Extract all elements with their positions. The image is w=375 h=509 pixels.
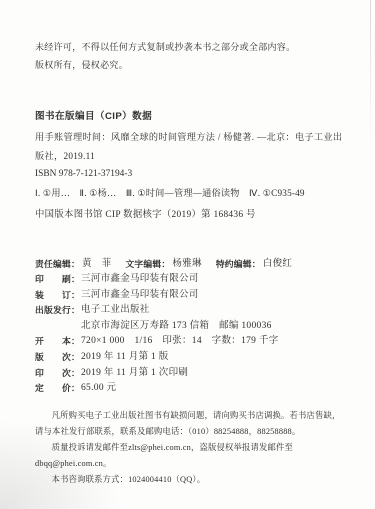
imprint-row-printer: 印 刷： 三河市鑫金马印装有限公司 xyxy=(35,272,347,288)
imprint-row-publisher: 出版发行： 电子工业出版社 xyxy=(35,303,347,319)
responsible-editor-label: 责任编辑： xyxy=(35,257,82,273)
publisher-value: 电子工业出版社 xyxy=(81,303,150,319)
permission-notice-line2: 版权所有，侵权必究。 xyxy=(35,56,347,74)
cip-title-entry: 用手账管理时间：风靡全球的时间管理方法 / 杨健著. —北京：电子工业出版社，2… xyxy=(35,128,347,165)
imprint-row-address: 北京市海淀区万寿路 173 信箱 邮编 100036 xyxy=(35,319,347,335)
permission-notice-line1: 未经许可，不得以任何方式复制或抄袭本书之部分或全部内容。 xyxy=(35,38,347,56)
price-label: 定 价： xyxy=(35,381,81,397)
imprint-row-price: 定 价： 65.00 元 xyxy=(35,381,347,397)
cip-classification: Ⅰ. ①用… Ⅱ. ①杨… Ⅲ. ①时间—管理—通俗读物 Ⅳ. ①C935-49 xyxy=(35,184,347,203)
price-value: 65.00 元 xyxy=(81,381,116,397)
editors-row: 责任编辑： 黄 菲 文字编辑： 杨雅琳 特约编辑： 白俊红 xyxy=(35,257,347,273)
address-label-spacer xyxy=(35,319,81,335)
edition-value: 2019 年 11 月第 1 版 xyxy=(81,350,169,366)
format-value: 720×1 000 1/16 印张：14 字数：179 千字 xyxy=(81,334,279,350)
cip-heading: 图书在版编目（CIP）数据 xyxy=(35,108,347,126)
printing-label: 印 次： xyxy=(35,366,81,382)
copyright-page: 未经许可，不得以任何方式复制或抄袭本书之部分或全部内容。 版权所有，侵权必究。 … xyxy=(0,0,375,509)
editor-pair-special: 特约编辑： 白俊红 xyxy=(216,257,292,273)
imprint-row-edition: 版 次： 2019 年 11 月第 1 版 xyxy=(35,350,347,366)
printer-value: 三河市鑫金马印装有限公司 xyxy=(81,272,199,288)
isbn-number: ISBN 978-7-121-37194-3 xyxy=(35,165,347,184)
text-editor-label: 文字编辑： xyxy=(125,257,172,273)
purchase-notes: 凡所购买电子工业出版社图书有缺损问题，请向购买书店调换。若书店售缺，请与本社发行… xyxy=(35,408,347,488)
note-exchange: 凡所购买电子工业出版社图书有缺损问题，请向购买书店调换。若书店售缺，请与本社发行… xyxy=(35,408,347,440)
imprint-row-binder: 装 订： 三河市鑫金马印装有限公司 xyxy=(35,288,347,304)
binder-value: 三河市鑫金马印装有限公司 xyxy=(81,288,199,304)
binder-label: 装 订： xyxy=(35,288,81,304)
publisher-label: 出版发行： xyxy=(35,303,81,319)
printing-value: 2019 年 11 月第 1 次印刷 xyxy=(81,366,188,382)
note-qq-contact: 本书咨询联系方式：1024004410（QQ）。 xyxy=(35,472,347,488)
imprint-block: 责任编辑： 黄 菲 文字编辑： 杨雅琳 特约编辑： 白俊红 印 刷： 三河市鑫金… xyxy=(35,257,347,397)
note-complaint-emails: 质量投诉请发邮件至zlts@phei.com.cn，盗版侵权举报请发邮件至dbq… xyxy=(35,440,347,472)
responsible-editor-name: 黄 菲 xyxy=(82,257,111,273)
printer-label: 印 刷： xyxy=(35,272,81,288)
format-label: 开 本： xyxy=(35,334,81,350)
text-editor-name: 杨雅琳 xyxy=(172,257,201,273)
editor-pair-responsible: 责任编辑： 黄 菲 xyxy=(35,257,111,273)
cip-record-number: 中国版本图书馆 CIP 数据核字（2019）第 168436 号 xyxy=(35,206,347,225)
permission-notice: 未经许可，不得以任何方式复制或抄袭本书之部分或全部内容。 版权所有，侵权必究。 xyxy=(35,38,347,74)
edition-label: 版 次： xyxy=(35,350,81,366)
special-editor-label: 特约编辑： xyxy=(216,257,263,273)
publisher-address: 北京市海淀区万寿路 173 信箱 邮编 100036 xyxy=(81,319,272,335)
special-editor-name: 白俊红 xyxy=(263,257,292,273)
page-content: 未经许可，不得以任何方式复制或抄袭本书之部分或全部内容。 版权所有，侵权必究。 … xyxy=(0,0,375,488)
editor-pair-text: 文字编辑： 杨雅琳 xyxy=(125,257,201,273)
cip-block: 图书在版编目（CIP）数据 用手账管理时间：风靡全球的时间管理方法 / 杨健著.… xyxy=(35,108,347,225)
imprint-row-format: 开 本： 720×1 000 1/16 印张：14 字数：179 千字 xyxy=(35,334,347,350)
imprint-row-printing: 印 次： 2019 年 11 月第 1 次印刷 xyxy=(35,366,347,382)
